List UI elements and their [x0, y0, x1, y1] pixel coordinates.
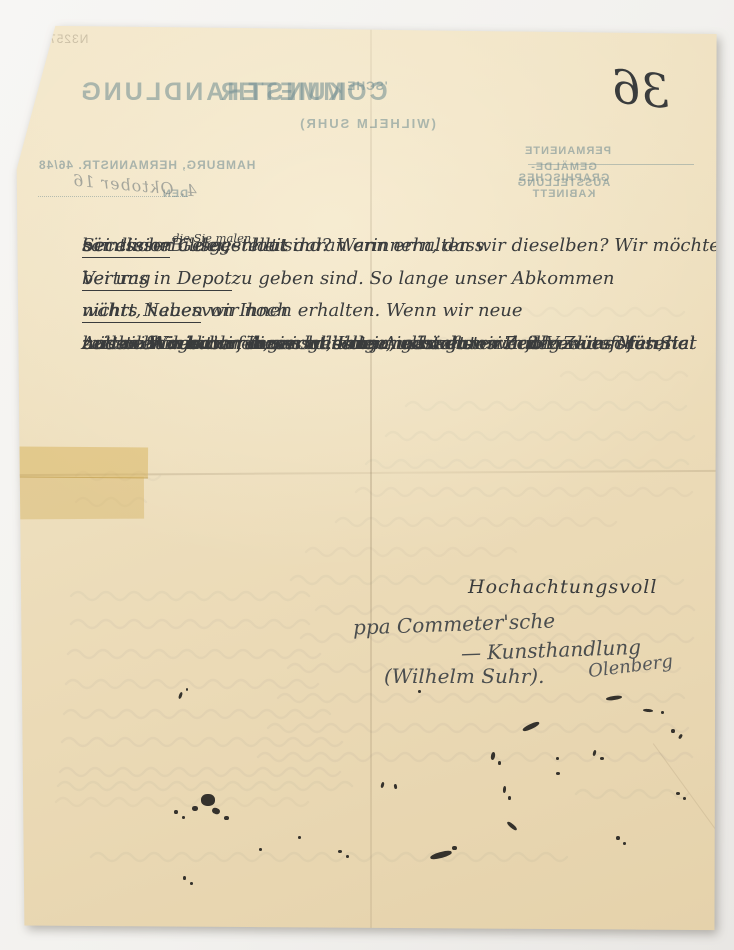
paper-surface: 36 N3257 COMMETER'SCHE KUNSTHANDLUNG (WI… — [16, 24, 718, 931]
ink-spot — [178, 692, 183, 700]
ink-spot — [190, 882, 193, 885]
ink-spot — [623, 842, 626, 845]
ink-spot — [643, 709, 653, 713]
ink-spot — [394, 784, 398, 789]
ink-spot — [174, 810, 178, 814]
ink-spot — [683, 797, 686, 800]
letter-sheet: 36 N3257 COMMETER'SCHE KUNSTHANDLUNG (WI… — [16, 24, 718, 931]
ink-spot — [556, 757, 559, 760]
ink-spot — [211, 807, 221, 815]
ink-spot — [430, 849, 453, 860]
ink-spot — [671, 729, 675, 733]
ink-spot — [192, 806, 198, 811]
ink-spot — [616, 836, 620, 840]
ink-spot — [508, 796, 511, 800]
ink-spots-layer — [16, 24, 718, 931]
ink-spot — [224, 816, 229, 820]
ink-spot — [201, 794, 215, 806]
ink-spot — [522, 720, 540, 732]
ink-spot — [298, 836, 301, 839]
ink-spot — [592, 750, 596, 757]
ink-spot — [338, 850, 342, 853]
ink-spot — [259, 848, 262, 851]
ink-spot — [661, 711, 664, 714]
ink-spot — [678, 734, 683, 740]
ink-spot — [676, 792, 680, 795]
ink-spot — [490, 752, 495, 761]
ink-spot — [182, 816, 185, 819]
ink-spot — [600, 757, 604, 760]
ink-spot — [418, 690, 421, 693]
ink-spot — [503, 786, 507, 793]
ink-spot — [498, 761, 501, 765]
ink-spot — [346, 855, 349, 858]
ink-spot — [380, 782, 384, 789]
ink-spot — [506, 821, 518, 832]
ink-spot — [183, 876, 186, 880]
ink-spot — [452, 846, 457, 850]
ink-spot — [186, 688, 188, 691]
ink-spot — [556, 772, 560, 775]
ink-spot — [606, 695, 622, 701]
